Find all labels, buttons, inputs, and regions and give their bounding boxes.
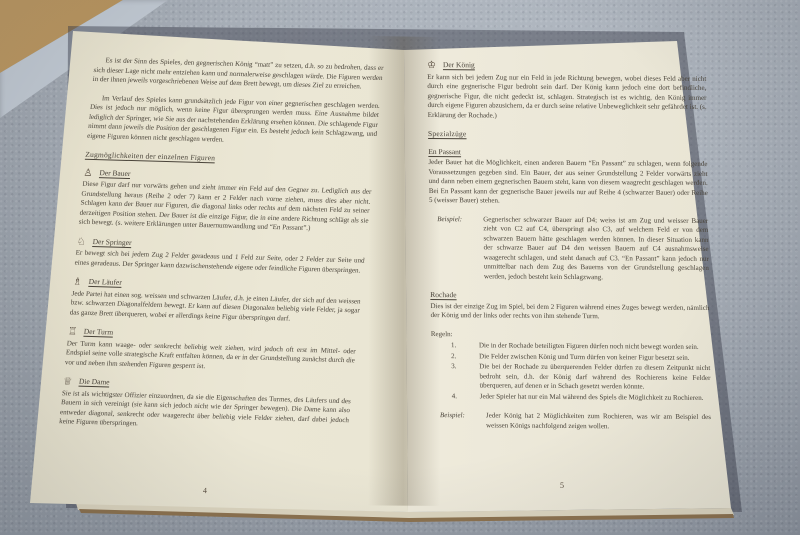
piece-section-springer: ♘ Der Springer Er bewegt sich bei jedem …	[74, 236, 366, 275]
rule-item: 1. Die in der Rochade beteiligten Figure…	[431, 341, 710, 352]
rook-icon: ♖	[67, 326, 77, 337]
right-page-number: 5	[560, 481, 564, 490]
left-page-number: 4	[203, 486, 207, 495]
en-passant-title: En Passant	[428, 147, 461, 156]
piece-title: Der Springer	[92, 237, 132, 247]
piece-text: Er kann sich bei jedem Zug nur ein Feld …	[427, 73, 707, 122]
king-icon: ♔	[427, 60, 436, 71]
rule-number: 4.	[452, 392, 480, 402]
piece-title: Der Turm	[83, 327, 113, 337]
rule-item: 2. Die Felder zwischen König und Turm dü…	[431, 352, 710, 363]
bishop-icon: ♗	[72, 276, 82, 287]
piece-title: Der Bauer	[99, 168, 131, 178]
piece-title: Der Läufer	[88, 277, 122, 287]
piece-text: Diese Figur darf nur vorwärts gehen und …	[78, 180, 372, 235]
piece-section-dame: ♕ Die Dame Sie ist als wichtigster Offiz…	[59, 376, 353, 434]
piece-title: Der König	[443, 60, 475, 69]
piece-section-koenig: ♔ Der König Er kann sich bei jedem Zug n…	[427, 60, 707, 122]
queen-icon: ♕	[63, 376, 73, 387]
pawn-icon: ♙	[83, 167, 93, 178]
photo-scene: Es ist der Sinn des Spieles, den gegneri…	[0, 0, 800, 535]
left-page-content: Es ist der Sinn des Spieles, den gegneri…	[58, 56, 384, 444]
right-page-content: ♔ Der König Er kann sich bei jedem Zug n…	[427, 60, 711, 441]
example-block: Beispiel: Jeder König hat 2 Möglichkeite…	[432, 411, 711, 432]
rules-block: Regeln: 1. Die in der Rochade beteiligte…	[431, 330, 711, 403]
en-passant-section: En Passant Jeder Bauer hat die Möglichke…	[428, 147, 708, 208]
rochade-section: Rochade Dies ist der einzige Zug im Spie…	[430, 290, 709, 322]
piece-section-bauer: ♙ Der Bauer Diese Figur darf nur vorwärt…	[78, 167, 373, 235]
piece-text: Sie ist als wichtigster Offizier einzuor…	[59, 389, 352, 435]
piece-text: Jede Partei hat einen sog. weissen und s…	[69, 289, 361, 326]
piece-text: Der Turm kann waage- oder senkrecht beli…	[64, 339, 356, 376]
example-block: Beispiel: Gegnerischer schwarzer Bauer a…	[429, 215, 709, 283]
example-text: Gegnerischer schwarzer Bauer auf D4; wei…	[483, 215, 709, 283]
knight-icon: ♘	[76, 236, 86, 247]
rule-number: 2.	[451, 352, 479, 362]
rules-label: Regeln:	[431, 330, 710, 341]
rule-item: 4. Jeder Spieler hat nur ein Mal während…	[432, 392, 711, 403]
rule-text: Die bei der Rochade zu überquerenden Fel…	[479, 362, 710, 392]
example-label: Beispiel:	[437, 215, 484, 282]
special-moves-heading: Spezialzüge	[428, 129, 707, 140]
rochade-title: Rochade	[430, 290, 456, 299]
example-label: Beispiel:	[440, 411, 486, 430]
rule-text: Die Felder zwischen König und Turm dürfe…	[479, 352, 710, 363]
piece-section-laeufer: ♗ Der Läufer Jede Partei hat einen sog. …	[69, 276, 362, 325]
rule-text: Jeder Spieler hat nur ein Mal während de…	[480, 392, 711, 403]
en-passant-text: Jeder Bauer hat die Möglichkeit, einen a…	[428, 158, 708, 207]
piece-title: Die Dame	[79, 377, 110, 387]
example-text: Jeder König hat 2 Möglichkeiten zum Roch…	[486, 411, 711, 432]
rochade-text: Dies ist der einzige Zug im Spiel, bei d…	[430, 302, 709, 323]
rule-number: 3.	[451, 362, 479, 391]
section-heading: Zugmöglichkeiten der einzelnen Figuren	[85, 150, 375, 168]
piece-section-turm: ♖ Der Turm Der Turm kann waage- oder sen…	[64, 326, 357, 375]
rule-item: 3. Die bei der Rochade zu überquerenden …	[431, 362, 710, 392]
rule-number: 1.	[451, 341, 479, 351]
intro-paragraph: Im Verlauf des Spieles kann grundsätzlic…	[87, 93, 381, 148]
rule-text: Die in der Rochade beteiligten Figuren d…	[479, 341, 710, 352]
